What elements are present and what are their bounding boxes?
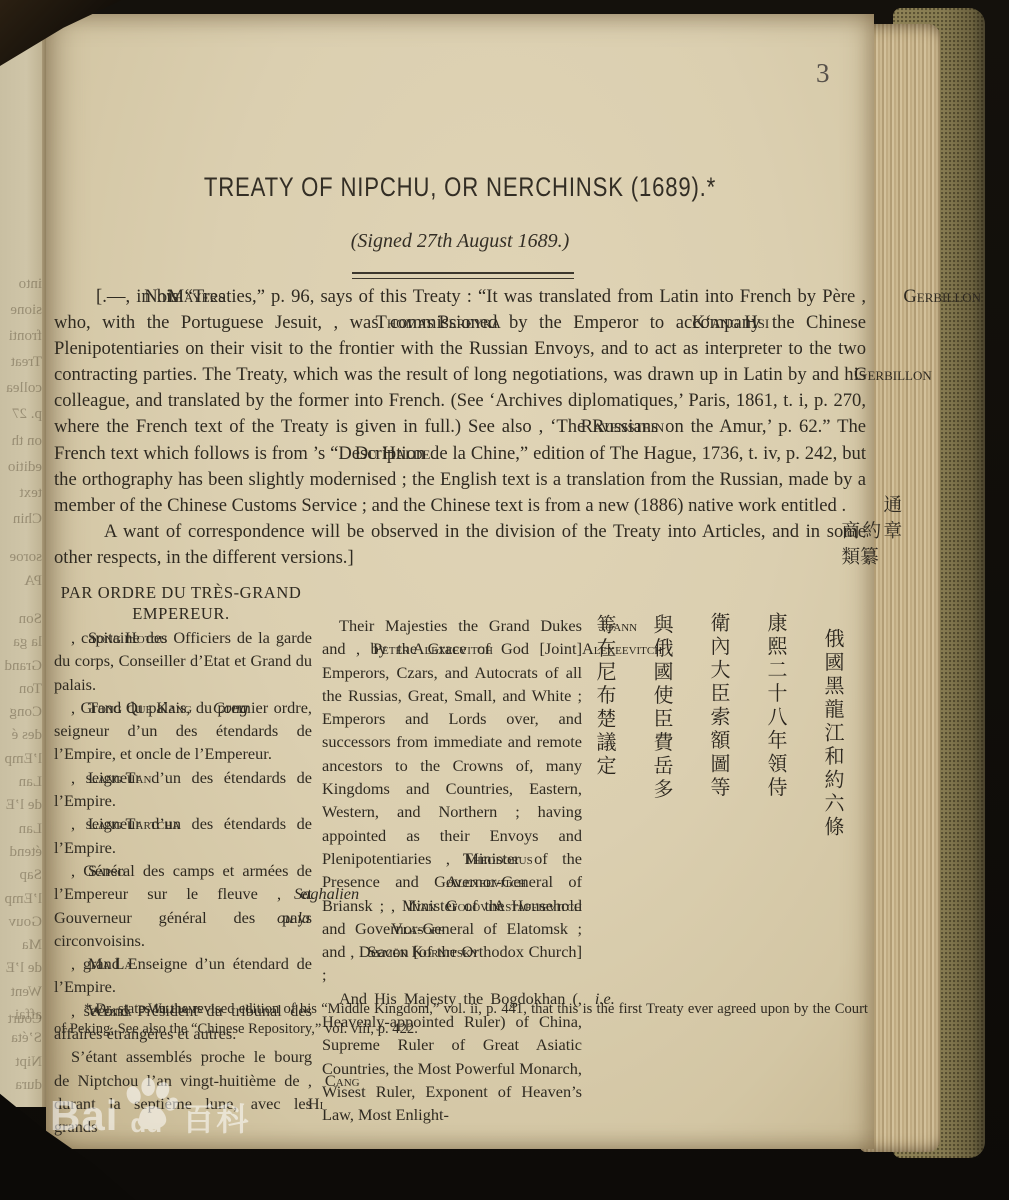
mirrored-showthrough-text: intosionefrontiTreatcolleap. 27on thedit… <box>2 271 42 532</box>
baidu-paw-wrap: du <box>121 1076 179 1136</box>
editorial-note: [Note.—Mayers, in his “Treaties,” p. 96,… <box>54 284 866 571</box>
baidu-baike-text: 百科 <box>182 1103 250 1135</box>
baidu-baike-watermark: Bai du 百科 <box>50 1076 250 1136</box>
note-addendum: A want of correspondence will be observe… <box>54 519 866 571</box>
french-paragraph: Song Hotou, capitaine des Officiers de l… <box>54 626 312 696</box>
footnote-text: * Dr. Williams states in the revised edi… <box>54 1000 868 1039</box>
facing-page-sliver: intosionefrontiTreatcolleap. 27on thedit… <box>0 15 44 1107</box>
english-text-column: Their Majesties the Grand Dukes Joann Al… <box>322 614 582 1127</box>
french-paragraph: Ma La, grand Enseigne d’un étendard de l… <box>54 952 312 999</box>
chinese-column-2: 康熙二十八年領侍 <box>765 612 791 800</box>
scanned-page: 3 TREATY OF NIPCHU, OR NERCHINSK (1689).… <box>46 14 874 1149</box>
french-paragraph: Tong Que Kang, Grand du palais, Cong du … <box>54 696 312 766</box>
treaty-title: TREATY OF NIPCHU, OR NERCHINSK (1689).* <box>121 172 800 203</box>
english-paragraph: Their Majesties the Grand Dukes Joann Al… <box>322 614 582 987</box>
french-paragraph: Sapso, Général des camps et armées de l’… <box>54 859 312 952</box>
chinese-column-3: 衛內大臣索額圖等 <box>708 612 734 800</box>
footnote: * Dr. Williams states in the revised edi… <box>54 1000 868 1039</box>
chinese-column-1: 俄國黑龍江和約六條 <box>822 628 848 840</box>
mirrored-showthrough-text: soroePA <box>2 545 42 593</box>
treaty-subtitle: (Signed 27th August 1689.) <box>46 230 874 253</box>
mirrored-showthrough-text: Court <box>2 1008 42 1031</box>
note-paragraph: [Note.—Mayers, in his “Treaties,” p. 96,… <box>54 284 866 519</box>
baidu-bai-text: Bai <box>50 1097 118 1136</box>
french-paragraph: Lang Tartcha, seigneur d’un des étendard… <box>54 812 312 859</box>
heading-line-1: PAR ORDRE DU TRÈS-GRAND <box>52 582 310 603</box>
baidu-du-text: du <box>130 1108 162 1139</box>
chinese-column-5: 等在尼布楚議定 <box>594 614 620 779</box>
heading-line-2: EMPEREUR. <box>52 603 310 624</box>
french-column-heading: PAR ORDRE DU TRÈS-GRAND EMPEREUR. <box>52 582 310 624</box>
french-paragraph: Lang Tan, seigneur d’un des étendards de… <box>54 766 312 813</box>
title-divider <box>352 272 574 279</box>
chinese-column-4: 與俄國使臣費岳多 <box>651 614 677 802</box>
page-number: 3 <box>816 58 831 89</box>
french-text-column: Song Hotou, capitaine des Officiers de l… <box>54 626 312 1139</box>
